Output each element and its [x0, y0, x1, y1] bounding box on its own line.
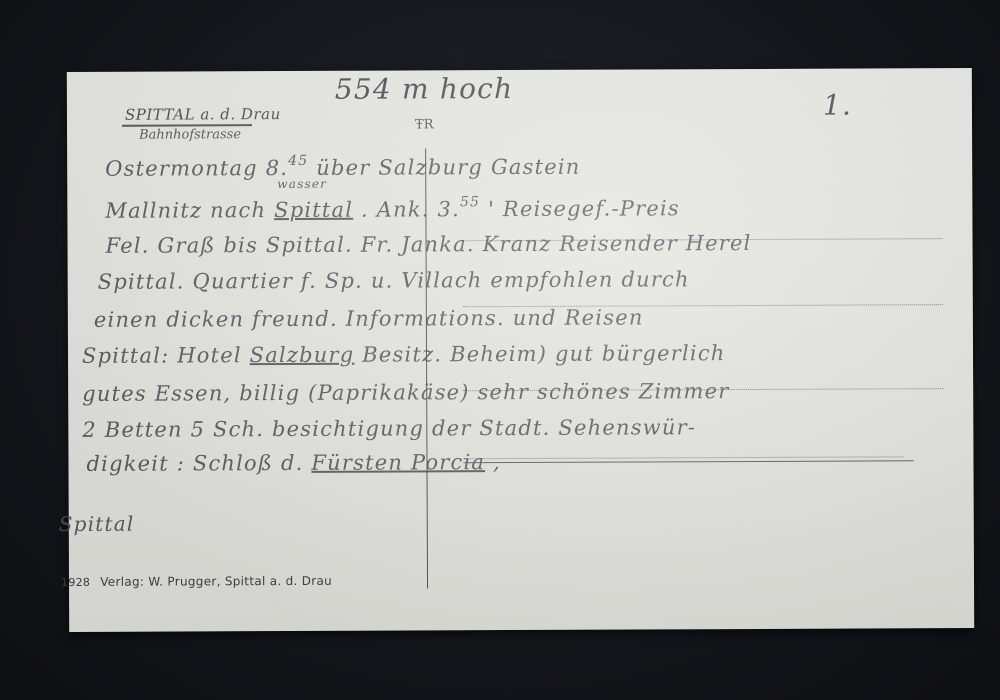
line-2-text-mid: . Ank. 3.	[353, 197, 460, 221]
handwritten-signature: Spittal	[59, 512, 135, 536]
publisher-monogram-icon: ŦR	[415, 115, 431, 135]
address-line-4	[463, 456, 903, 459]
printed-place-subtitle: Bahnhofstrasse	[139, 127, 241, 142]
line-2-time-minutes: 55	[460, 194, 480, 210]
handwritten-line-5: einen dicken freund. Informations. und R…	[94, 305, 644, 331]
handwritten-line-9: digkeit : Schloß d. Fürsten Porcia ,	[86, 450, 500, 476]
handwritten-altitude: 554 m hoch	[335, 72, 514, 106]
handwritten-line-4: Spittal. Quartier f. Sp. u. Villach empf…	[98, 267, 690, 294]
handwritten-line-8: 2 Betten 5 Sch. besichtigung der Stadt. …	[82, 415, 696, 442]
handwritten-line-6: Spittal: Hotel Salzburg Besitz. Beheim) …	[82, 341, 726, 368]
publisher-year: 1928	[61, 576, 90, 589]
handwritten-line-1: Ostermontag 8.45 über Salzburg Gastein	[105, 152, 580, 181]
line-6-underlined: Salzburg	[250, 343, 355, 367]
ink-underline-stroke	[463, 460, 913, 463]
printed-place-title: SPITTAL a. d. Drau	[125, 105, 281, 124]
line-2-text-end: ' Reisegef.-Preis	[480, 196, 680, 221]
line-1-time-minutes: 45	[288, 153, 308, 169]
postcard-back: SPITTAL a. d. Drau Bahnhofstrasse ŦR 554…	[67, 68, 974, 632]
line-6-text: Spittal: Hotel	[82, 343, 250, 368]
handwritten-page-number: 1.	[823, 89, 852, 122]
line-6-text-end: Besitz. Beheim) gut bürgerlich	[354, 341, 725, 367]
handwritten-line-3: Fel. Graß bis Spittal. Fr. Janka. Kranz …	[105, 231, 751, 258]
handwritten-line-2: Mallnitz nach Spittal . Ank. 3.55 ' Reis…	[105, 193, 680, 223]
interline-note: wasser	[277, 177, 327, 191]
line-9-underlined: Fürsten Porcia	[311, 450, 485, 475]
handwritten-line-7: gutes Essen, billig (Paprikakäse) sehr s…	[82, 379, 729, 406]
line-9-text: digkeit : Schloß d.	[86, 451, 311, 476]
line-2-text: Mallnitz nach	[105, 198, 274, 223]
publisher-text: Verlag: W. Prugger, Spittal a. d. Drau	[100, 574, 332, 589]
line-1-text: Ostermontag 8.	[105, 156, 288, 181]
publisher-imprint: 1928Verlag: W. Prugger, Spittal a. d. Dr…	[61, 574, 332, 589]
line-2-underlined: Spittal	[274, 198, 353, 222]
line-1-text-end: über Salzburg Gastein	[308, 155, 580, 180]
